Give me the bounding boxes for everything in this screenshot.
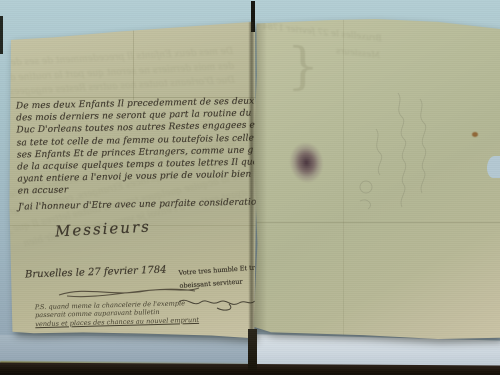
closing-line: J'ai l'honneur d'Etre avec une parfaite … <box>18 196 254 213</box>
right-leaf-paper: Bruxelles le 27 fevrier 1784 Messieurs { <box>251 17 500 341</box>
pencil-scribbles <box>346 89 446 224</box>
letter-photograph: De mes deux Enfants Il precedemment de s… <box>0 0 500 375</box>
paper-chip <box>487 156 500 178</box>
salutation: Messieurs <box>55 218 152 241</box>
postscript-block: P.S. quand meme la chancelerie de l'exem… <box>35 299 206 329</box>
foxing-spot <box>472 132 478 137</box>
letter-body: De mes deux Enfants Il precedemment de s… <box>16 96 254 214</box>
dateline: Bruxelles le 27 fevrier 1784 <box>25 265 167 281</box>
right-leaf: Bruxelles le 27 fevrier 1784 Messieurs { <box>251 17 500 341</box>
left-leaf-paper: De mes deux Enfants Il precedemment de s… <box>9 20 256 341</box>
show-through-writing: De mes deux Enfants Il precedemment de s… <box>28 45 235 99</box>
show-through-address: Bruxelles le 27 fevrier 1784 Messieurs <box>265 19 383 65</box>
show-through-brace: { <box>287 37 319 95</box>
frame-edge-sliver <box>0 16 3 54</box>
left-leaf: De mes deux Enfants Il precedemment de s… <box>9 20 256 341</box>
wax-seal-stain <box>286 135 330 186</box>
fold-crease-vertical <box>343 17 344 341</box>
fold-edge-shadow <box>251 17 267 341</box>
